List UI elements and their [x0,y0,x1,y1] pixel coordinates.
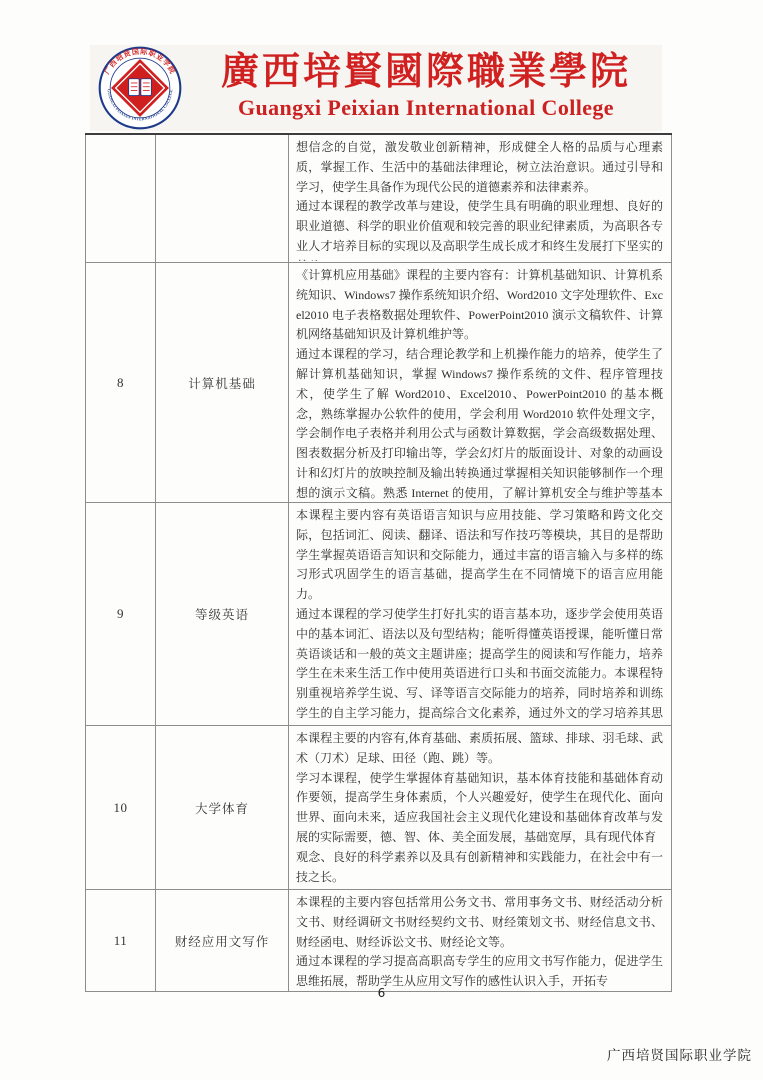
course-name-cell: 财经应用文写作 [156,890,289,992]
page-title-english: Guangxi Peixian International College [196,96,656,120]
course-description-cell: 《计算机应用基础》课程的主要内容有：计算机基础知识、计算机系统知识、Window… [289,263,672,503]
course-description-cell: 本课程主要的内容有,体育基础、素质拓展、篮球、排球、羽毛球、武术（刀术）足球、田… [289,726,672,890]
description-paragraph: 通过本课程的教学改革与建设，使学生具有明确的职业理想、良好的职业道德、科学的职业… [296,197,663,261]
course-name-cell: 计算机基础 [156,263,289,503]
description-text: 本课程主要的内容有,体育基础、素质拓展、篮球、排球、羽毛球、武术（刀术）足球、田… [290,727,670,888]
footer-school-name: 广西培贤国际职业学院 [607,1044,752,1064]
description-paragraph: 本课程主要内容有英语语言知识与应用技能、学习策略和跨文化交际，包括词汇、阅读、翻… [296,506,663,605]
college-logo: 广西培贤国际职业学院 GUANGXI PEIXIAN INTERNATIONAL… [98,46,182,130]
course-table: 想信念的自觉，激发敬业创新精神，形成健全人格的品质与心理素质，掌握工作、生活中的… [85,133,672,992]
title-block: 廣西培賢國際職業學院 Guangxi Peixian International… [196,49,656,120]
description-text: 《计算机应用基础》课程的主要内容有：计算机基础知识、计算机系统知识、Window… [290,264,670,501]
header-banner: 广西培贤国际职业学院 GUANGXI PEIXIAN INTERNATIONAL… [90,45,662,131]
description-paragraph: 通过本课程的学习，结合理论教学和上机操作能力的培养，使学生了解计算机基础知识，掌… [296,345,663,501]
description-paragraph: 想信念的自觉，激发敬业创新精神，形成健全人格的品质与心理素质，掌握工作、生活中的… [296,138,663,197]
document-page: 广西培贤国际职业学院 GUANGXI PEIXIAN INTERNATIONAL… [0,0,763,1080]
course-name-cell [156,134,289,263]
description-paragraph: 观念、良好的科学素养以及具有创新精神和实践能力，在社会中有一技之长。 [296,848,663,888]
description-text: 本课程主要内容有英语语言知识与应用技能、学习策略和跨文化交际，包括词汇、阅读、翻… [290,504,670,724]
course-description-cell: 本课程主要内容有英语语言知识与应用技能、学习策略和跨文化交际，包括词汇、阅读、翻… [289,503,672,726]
course-description-cell: 想信念的自觉，激发敬业创新精神，形成健全人格的品质与心理素质，掌握工作、生活中的… [289,134,672,263]
description-paragraph: 通过本课程的学习提高高职高专学生的应用文书写作能力，促进学生思维拓展，帮助学生从… [296,952,663,990]
page-number: 6 [0,986,763,1000]
course-number-cell [86,134,156,263]
description-paragraph: 通过本课程的学习使学生打好扎实的语言基本功，逐步学会使用英语中的基本词汇、语法以… [296,605,663,724]
course-name-cell: 大学体育 [156,726,289,890]
table-row: 想信念的自觉，激发敬业创新精神，形成健全人格的品质与心理素质，掌握工作、生活中的… [86,134,672,263]
description-paragraph: 本课程主要的内容有,体育基础、素质拓展、篮球、排球、羽毛球、武术（刀术）足球、田… [296,729,663,769]
course-number-cell: 9 [86,503,156,726]
course-name-cell: 等级英语 [156,503,289,726]
description-paragraph: 《计算机应用基础》课程的主要内容有：计算机基础知识、计算机系统知识、Window… [296,266,663,345]
table-row: 8计算机基础《计算机应用基础》课程的主要内容有：计算机基础知识、计算机系统知识、… [86,263,672,503]
course-number-cell: 8 [86,263,156,503]
course-description-cell: 本课程的主要内容包括常用公务文书、常用事务文书、财经活动分析文书、财经调研文书财… [289,890,672,992]
description-text: 本课程的主要内容包括常用公务文书、常用事务文书、财经活动分析文书、财经调研文书财… [290,891,670,990]
table-row: 9等级英语本课程主要内容有英语语言知识与应用技能、学习策略和跨文化交际，包括词汇… [86,503,672,726]
course-table-body: 想信念的自觉，激发敬业创新精神，形成健全人格的品质与心理素质，掌握工作、生活中的… [86,134,672,992]
description-paragraph: 学习本课程，使学生掌握体育基础知识，基本体育技能和基础体育动作要领，提高学生身体… [296,769,663,848]
course-number-cell: 11 [86,890,156,992]
description-paragraph: 本课程的主要内容包括常用公务文书、常用事务文书、财经活动分析文书、财经调研文书财… [296,893,663,952]
table-row: 10大学体育本课程主要的内容有,体育基础、素质拓展、篮球、排球、羽毛球、武术（刀… [86,726,672,890]
course-number-cell: 10 [86,726,156,890]
description-text: 想信念的自觉，激发敬业创新精神，形成健全人格的品质与心理素质，掌握工作、生活中的… [290,136,670,261]
page-title-chinese: 廣西培賢國際職業學院 [196,49,656,95]
table-row: 11财经应用文写作本课程的主要内容包括常用公务文书、常用事务文书、财经活动分析文… [86,890,672,992]
